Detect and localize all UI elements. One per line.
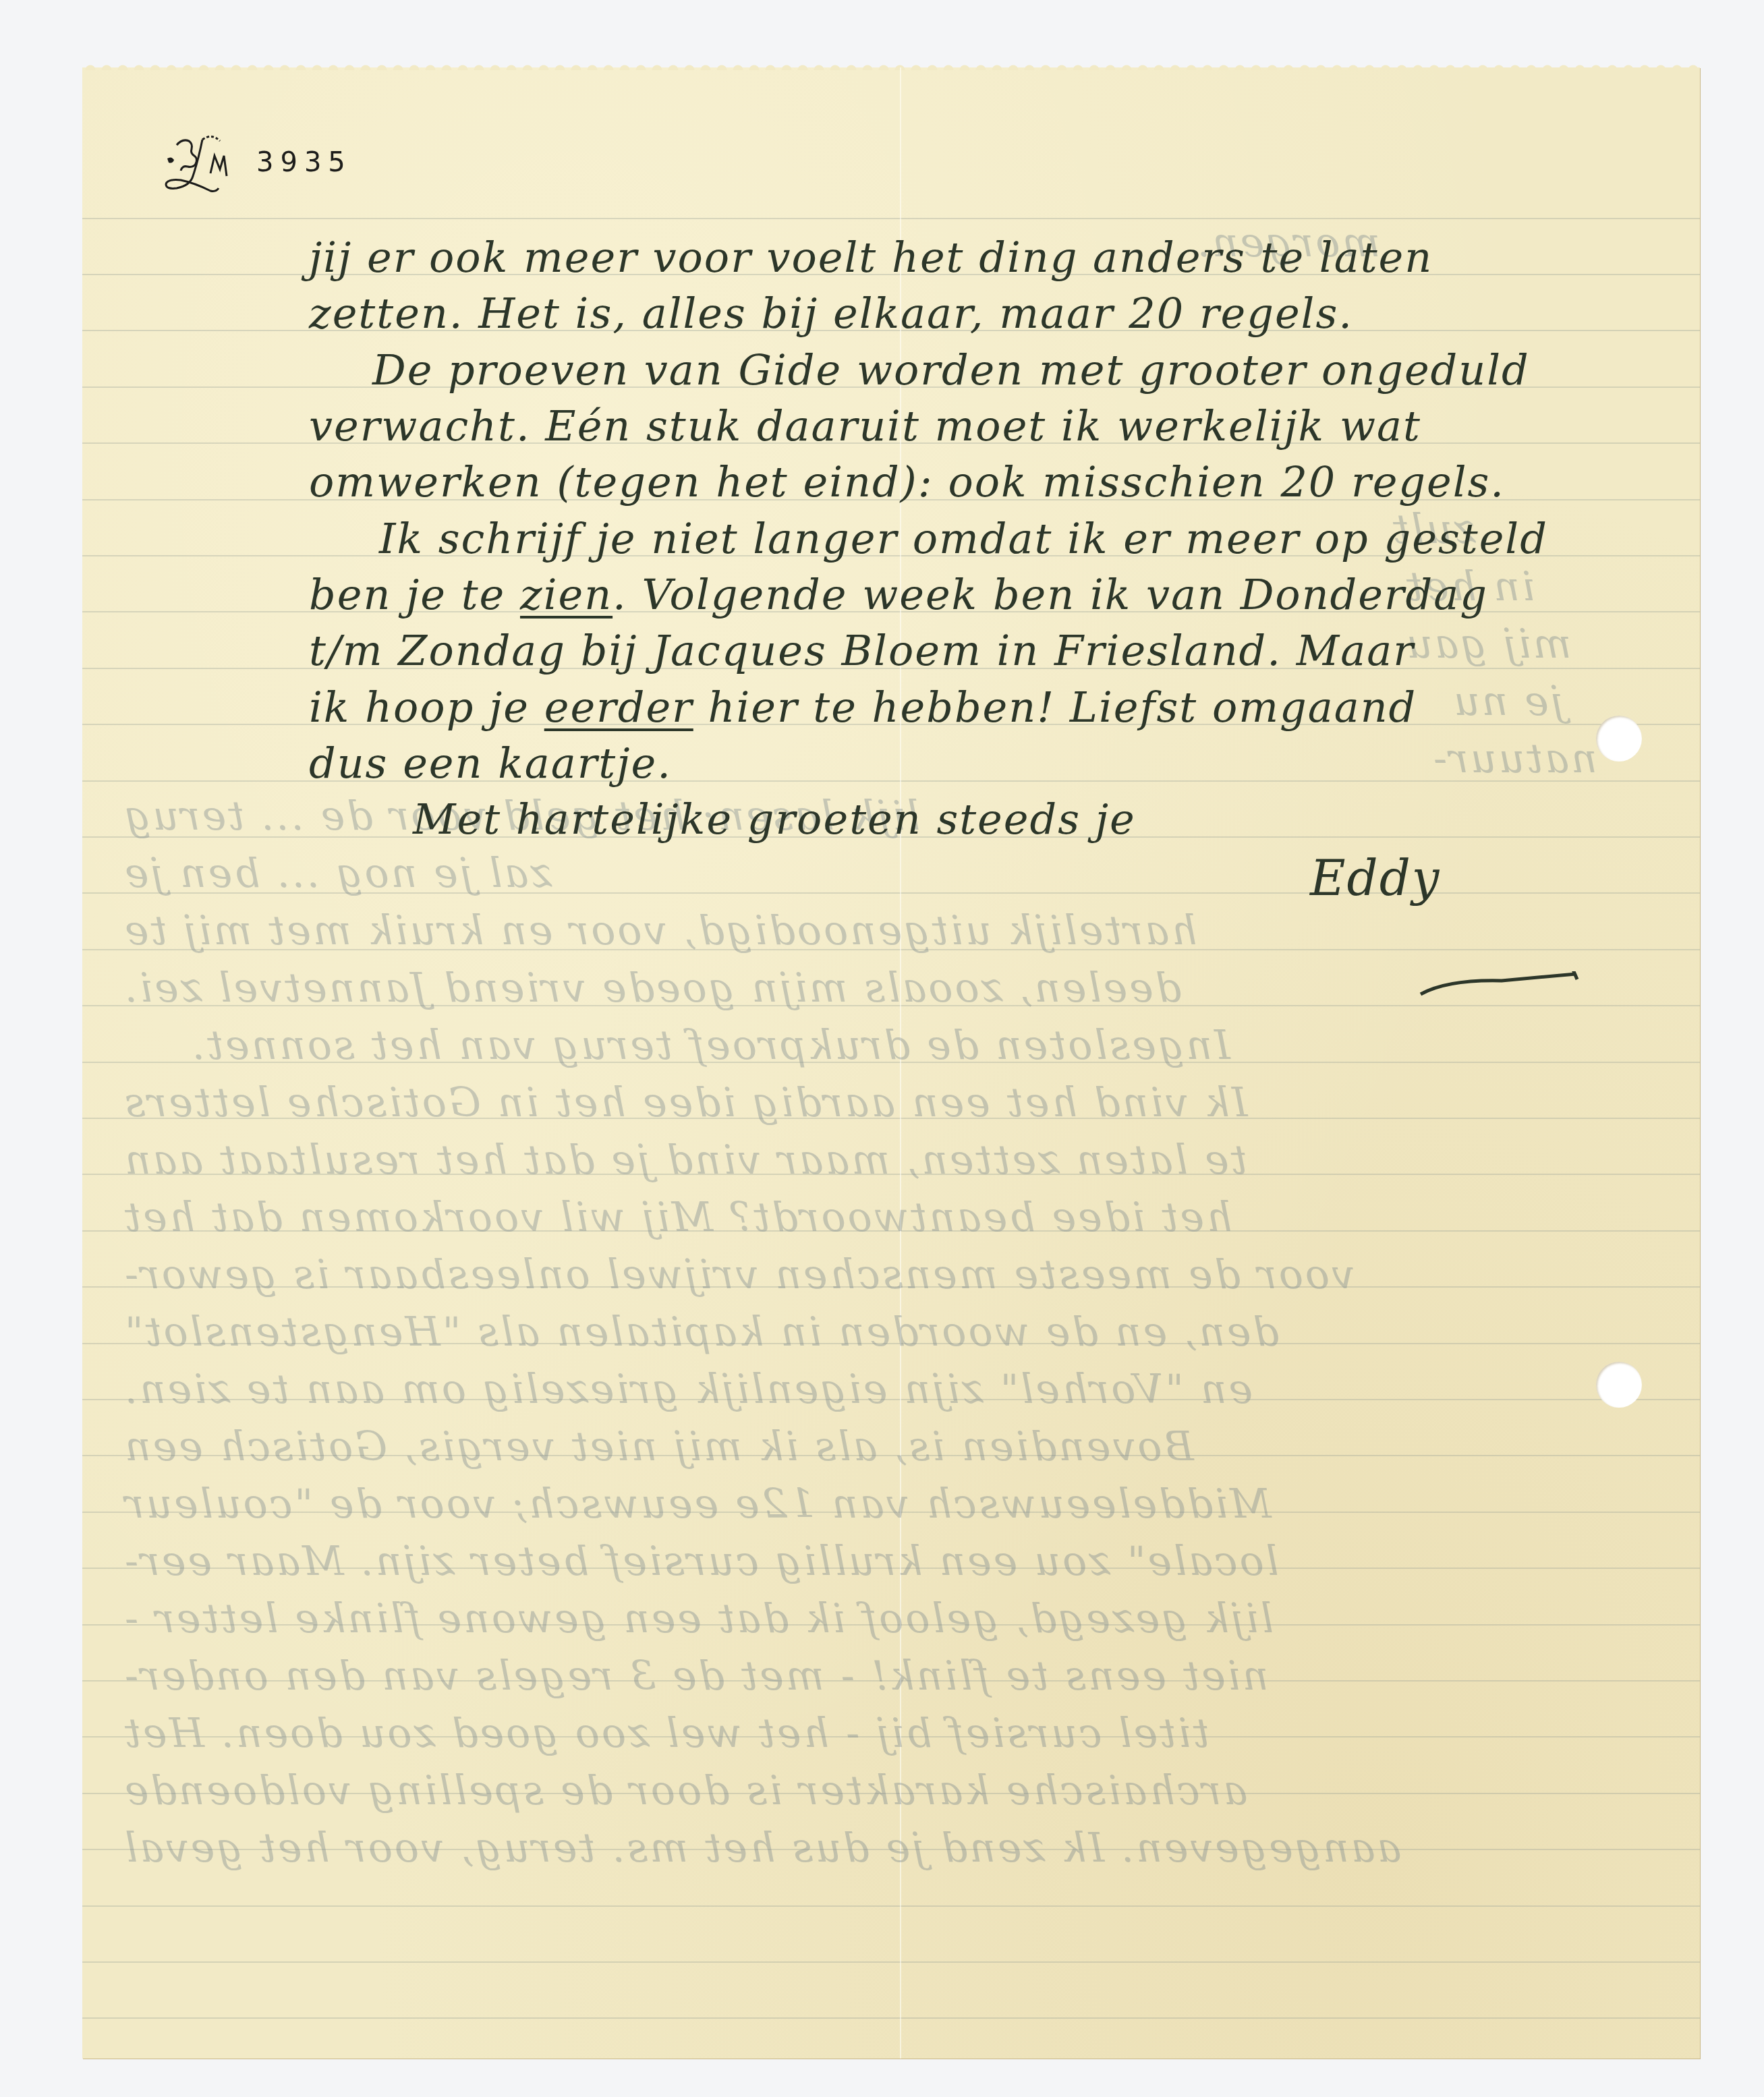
letterhead-number: 3935 <box>256 147 352 178</box>
letter-text: . Volgende week ben ik van Donderdag <box>613 570 1488 619</box>
bleed-through-line: Middeleeuwsch van 12e eeuwsch; voor de "… <box>123 1481 1272 1528</box>
ruled-line <box>82 2017 1700 2019</box>
letter-line: ben je te zien. Volgende week ben ik van… <box>309 570 1488 619</box>
bleed-through-line: niet eens te flink! - met de 3 regels va… <box>123 1653 1268 1700</box>
bleed-through-line: titel cursief bij - het wel zoo goed zou… <box>123 1710 1210 1757</box>
letter-line: jij er ook meer voor voelt het ding ande… <box>309 233 1433 282</box>
bleed-through-line: mij gau <box>1404 621 1572 668</box>
bleed-through-line: zal je nog ... ben je <box>123 850 552 897</box>
ruled-line <box>82 218 1700 219</box>
punch-hole <box>1596 1362 1642 1408</box>
letter-line: dus een kaartje. <box>309 739 672 788</box>
bleed-through-line: Bovendien is, als ik mij niet vergis, Go… <box>123 1423 1194 1470</box>
letterhead: 3935 <box>163 132 352 194</box>
bleed-through-line: natuur- <box>1431 735 1597 782</box>
bleed-through-line: aangegeven. Ik zend je dus het ms. terug… <box>123 1825 1401 1872</box>
bleed-through-line: je nu <box>1452 678 1563 725</box>
signature: Eddy <box>1310 850 1440 907</box>
letter-line: zetten. Het is, alles bij elkaar, maar 2… <box>309 289 1353 338</box>
bleed-through-line: lijk gezegd, geloof ik dat een gewone fl… <box>123 1595 1274 1642</box>
underlined-word: zien <box>520 570 613 619</box>
letter-page: morgen. zult in het mij gau je nu natuur… <box>82 67 1700 2059</box>
perforated-top-edge <box>82 62 1700 70</box>
punch-hole <box>1596 716 1642 762</box>
bleed-through-line: hartelijk uitgenoodigd, voor en kruik me… <box>123 907 1197 954</box>
bleed-through-line: en "Vorhel" zijn eigenlijk griezelig om … <box>123 1366 1253 1413</box>
bleed-through-line: het idee beantwoordt? Mij wil voorkomen … <box>123 1194 1232 1241</box>
bleed-through-line: Ik vind het een aardig idee het in Gotis… <box>123 1079 1248 1126</box>
letter-text: ik hoop je <box>309 683 544 732</box>
bleed-through-line: deelen, zooals mijn goede vriend Jannetv… <box>123 965 1181 1012</box>
bleed-through-line: locale" zou een krullig cursief beter zi… <box>123 1538 1279 1585</box>
letter-line: t/m Zondag bij Jacques Bloem in Frieslan… <box>309 626 1415 675</box>
letter-line: omwerken (tegen het eind): ook misschien… <box>309 457 1505 507</box>
bleed-through-line: voor de meeste menschen vrijwel onleesba… <box>123 1251 1355 1298</box>
bleed-through-line: te laten zetten, maar vind je dat het re… <box>123 1137 1247 1184</box>
underlined-word: eerder <box>544 683 693 732</box>
letter-line: De proeven van Gide worden met grooter o… <box>372 345 1530 395</box>
lm-monogram-icon <box>163 132 243 194</box>
ruled-line <box>82 1961 1700 1963</box>
letter-text: ben je te <box>309 570 520 619</box>
letter-line: Ik schrijf je niet langer omdat ik er me… <box>379 514 1548 563</box>
signature-flourish <box>1418 971 1620 998</box>
bleed-through-line: den, en de woorden in kapitalen als "Hen… <box>123 1309 1279 1356</box>
letter-line: verwacht. Eén stuk daaruit moet ik werke… <box>309 401 1421 451</box>
letter-line: Met hartelijke groeten steeds je <box>413 795 1136 844</box>
letter-text: hier te hebben! Liefst omgaand <box>693 683 1417 732</box>
letter-line: ik hoop je eerder hier te hebben! Liefst… <box>309 683 1417 732</box>
bleed-through-line: archaische karakter is door de spelling … <box>123 1767 1247 1814</box>
ruled-line <box>82 1905 1700 1907</box>
bleed-through-line: Ingesloten de drukproef terug van het so… <box>190 1022 1230 1069</box>
